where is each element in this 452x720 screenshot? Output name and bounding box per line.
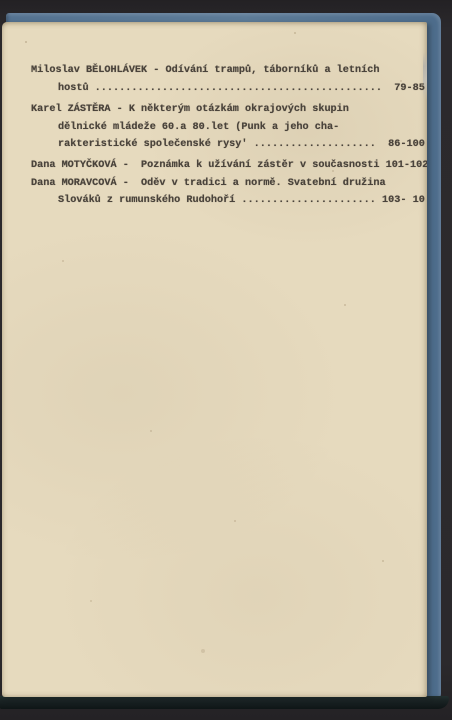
- toc-entry: Dana MORAVCOVÁ - Oděv v tradici a normě.…: [31, 175, 427, 210]
- toc-entry: Karel ZÁSTĚRA - K některým otázkám okraj…: [31, 101, 427, 154]
- book-cover-bottom-edge: [0, 696, 449, 709]
- toc-line-author-title-pages: Dana MOTYČKOVÁ - Poznámka k užívání zást…: [31, 157, 427, 175]
- toc-entry: Miloslav BĚLOHLÁVEK - Odívání trampů, tá…: [31, 62, 427, 97]
- toc-line-title-pages: rakteristické společenské rysy' ........…: [31, 136, 427, 154]
- table-of-contents: Miloslav BĚLOHLÁVEK - Odívání trampů, tá…: [31, 62, 427, 210]
- toc-entry: Dana MOTYČKOVÁ - Poznámka k užívání zást…: [31, 157, 427, 175]
- toc-line-author-title: Karel ZÁSTĚRA - K některým otázkám okraj…: [31, 101, 427, 119]
- toc-line-title-pages: Slováků z rumunského Rudohoří ..........…: [31, 192, 427, 210]
- toc-line-author-title: Miloslav BĚLOHLÁVEK - Odívání trampů, tá…: [31, 62, 427, 80]
- scanned-page: Miloslav BĚLOHLÁVEK - Odívání trampů, tá…: [2, 22, 427, 697]
- scan-background: Miloslav BĚLOHLÁVEK - Odívání trampů, tá…: [0, 0, 452, 720]
- toc-line-title: dělnické mládeže 60.a 80.let (Punk a jeh…: [31, 119, 427, 137]
- toc-line-author-title: Dana MORAVCOVÁ - Oděv v tradici a normě.…: [31, 175, 427, 193]
- paper-speckles: [2, 22, 4, 24]
- toc-line-title-pages: hostů ..................................…: [31, 80, 427, 98]
